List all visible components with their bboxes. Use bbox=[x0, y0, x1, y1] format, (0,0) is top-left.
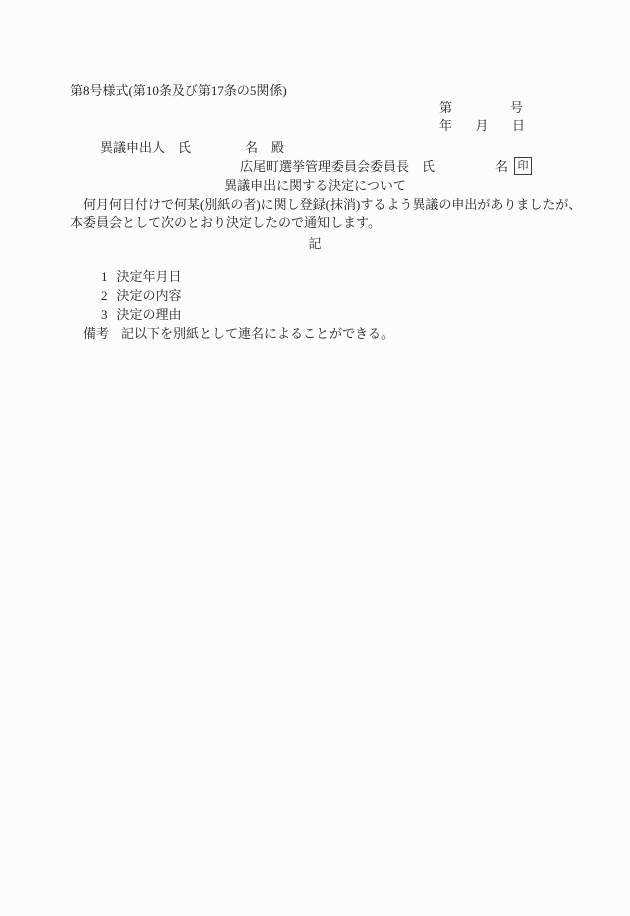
addressee-name-suffix: 名 殿 bbox=[245, 140, 284, 155]
note-line: 備考記以下を別紙として連名によることができる。 bbox=[70, 311, 394, 356]
date-month-label: 月 bbox=[475, 118, 488, 133]
doc-number-line: 第 号 bbox=[439, 100, 523, 115]
body-line-2: 本委員会として次のとおり決定したので通知します。 bbox=[70, 215, 381, 230]
seal-mark: 印 bbox=[518, 161, 529, 172]
document-title: 異議申出に関する決定について bbox=[0, 178, 630, 193]
sender-name-label: 名 bbox=[495, 159, 508, 174]
form-style-label: 第8号様式(第10条及び第17条の5関係) bbox=[70, 83, 287, 98]
list-header: 記 bbox=[0, 236, 630, 251]
addressee-label: 異議申出人 氏 bbox=[100, 140, 191, 155]
doc-number-suffix: 号 bbox=[510, 100, 523, 115]
note-label: 備考 bbox=[83, 326, 109, 341]
doc-number-prefix: 第 bbox=[439, 100, 452, 115]
body-line-1: 何月何日付けで何某(別紙の者)に関し登録(抹消)するよう異議の申出がありましたが… bbox=[83, 197, 581, 212]
date-day-label: 日 bbox=[512, 118, 525, 133]
note-text: 記以下を別紙として連名によることができる。 bbox=[121, 326, 394, 341]
document-page: 第8号様式(第10条及び第17条の5関係) 第 号 年 月 日 異議申出人 氏 … bbox=[0, 0, 630, 916]
sender-label: 広尾町選挙管理委員会委員長 氏 bbox=[240, 159, 435, 174]
date-year-label: 年 bbox=[439, 118, 452, 133]
date-line: 年 月 日 bbox=[439, 118, 525, 133]
seal-box: 印 bbox=[514, 157, 532, 175]
